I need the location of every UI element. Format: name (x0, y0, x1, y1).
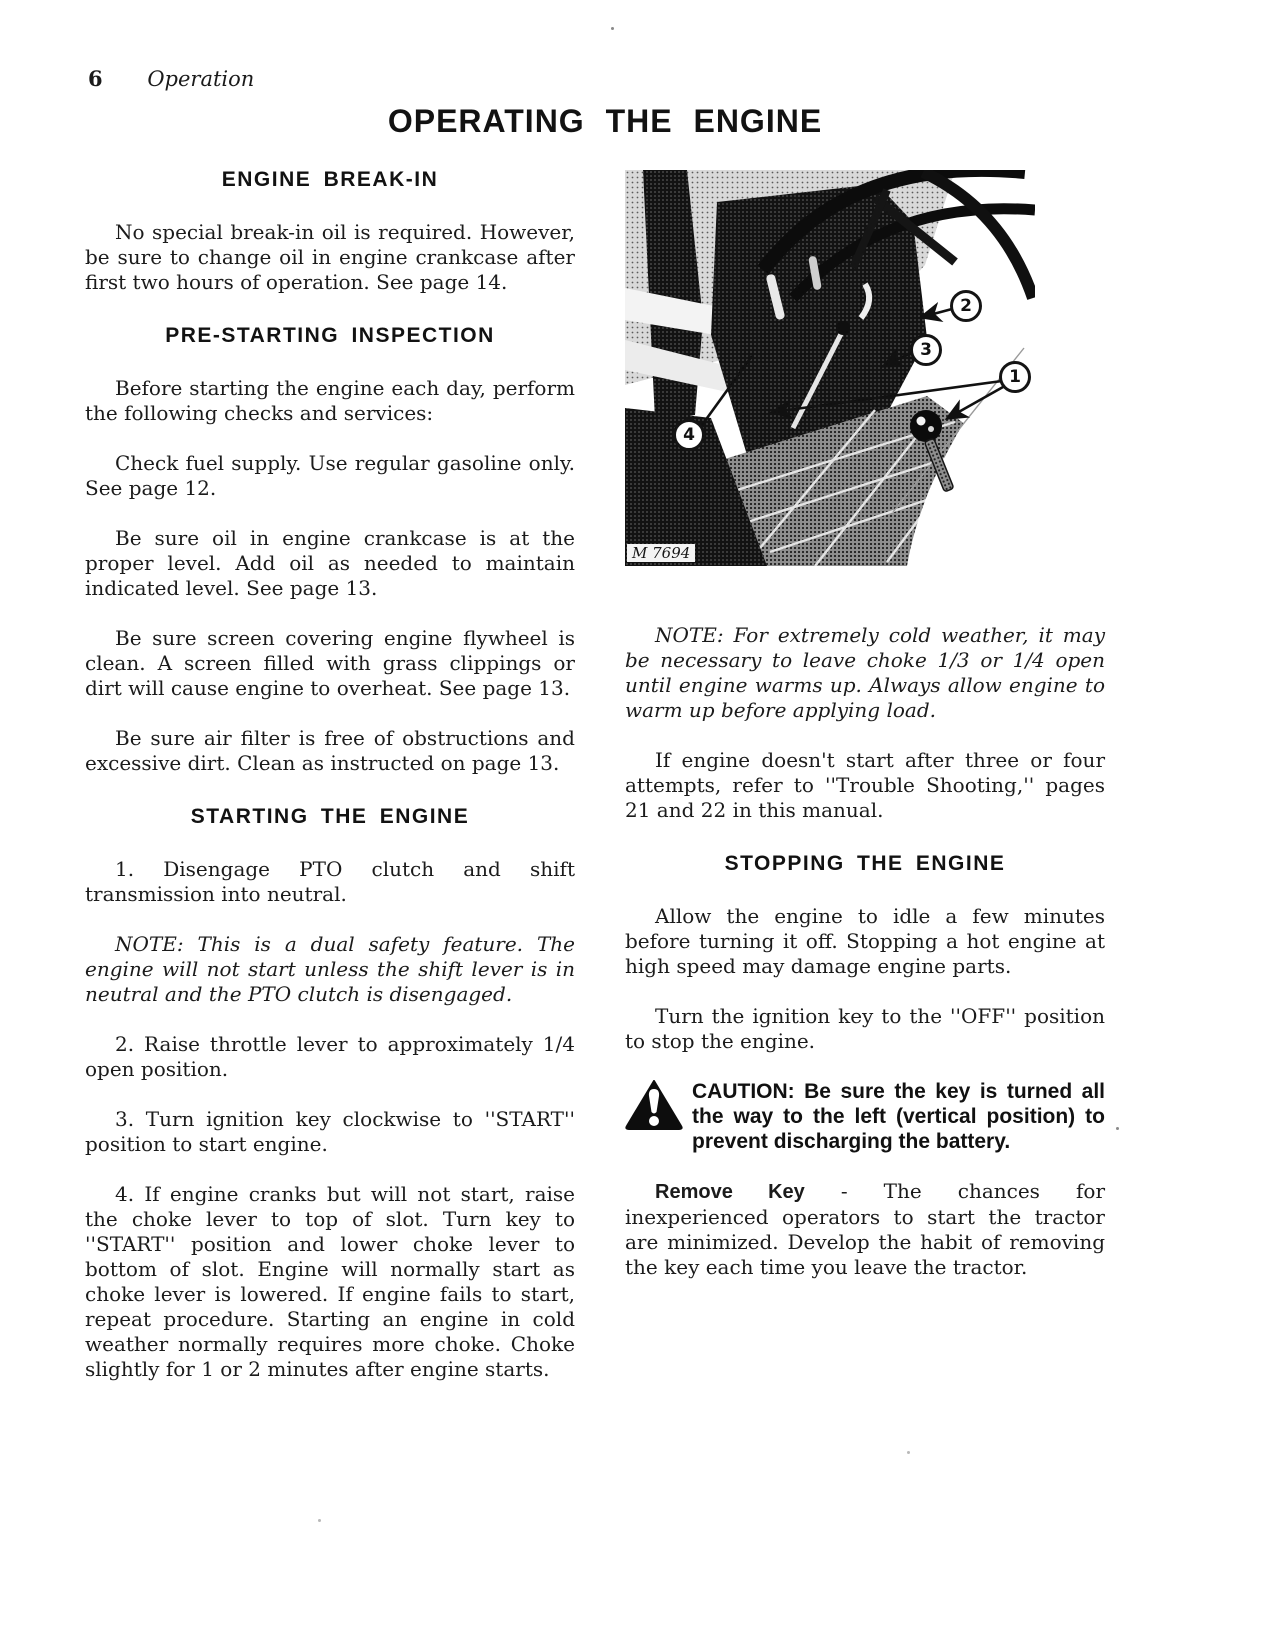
paragraph: Turn the ignition key to the ''OFF'' pos… (625, 1004, 1105, 1054)
numbered-step: 2. Raise throttle lever to approximately… (85, 1032, 575, 1082)
paragraph: If engine doesn't start after three or f… (625, 748, 1105, 823)
callout-4-number: 4 (683, 425, 695, 445)
scan-speck (907, 1451, 910, 1454)
tractor-controls-photo (625, 170, 1035, 566)
paragraph: No special break-in oil is required. How… (85, 220, 575, 295)
warning-triangle-icon (625, 1080, 683, 1130)
right-column: 1 2 3 4 M 7694 NOTE: For extremely cold … (625, 170, 1105, 1305)
left-column: ENGINE BREAK-IN No special break-in oil … (85, 167, 575, 1407)
callout-2-number: 2 (960, 296, 972, 316)
page-number: 6 (88, 66, 103, 91)
callout-4: 4 (673, 419, 705, 451)
numbered-step: 3. Turn ignition key clockwise to ''STAR… (85, 1107, 575, 1157)
scan-speck (611, 27, 614, 30)
figure-caption: M 7694 (627, 544, 695, 562)
paragraph: Be sure air filter is free of obstructio… (85, 726, 575, 776)
scan-speck (318, 1519, 321, 1522)
callout-3-number: 3 (920, 340, 932, 360)
heading-stopping-the-engine: STOPPING THE ENGINE (625, 851, 1105, 876)
caution-block: CAUTION: Be sure the key is turned all t… (625, 1079, 1105, 1154)
heading-starting-the-engine: STARTING THE ENGINE (85, 804, 575, 829)
scan-speck (1116, 1127, 1119, 1130)
paragraph: Check fuel supply. Use regular gasoline … (85, 451, 575, 501)
numbered-step: 4. If engine cranks but will not start, … (85, 1182, 575, 1382)
callout-1-number: 1 (1009, 367, 1021, 387)
caution-text: CAUTION: Be sure the key is turned all t… (692, 1080, 1105, 1153)
numbered-step: 1. Disengage PTO clutch and shift transm… (85, 857, 575, 907)
note-paragraph: NOTE: For extremely cold weather, it may… (625, 623, 1105, 723)
manual-page: { "page": { "number": "6", "running_head… (0, 0, 1275, 1650)
paragraph: Allow the engine to idle a few minutes b… (625, 904, 1105, 979)
remove-key-lead: Remove Key (655, 1181, 805, 1203)
paragraph: Be sure oil in engine crankcase is at th… (85, 526, 575, 601)
remove-key-paragraph: Remove Key - The chances for inexperienc… (625, 1179, 1105, 1280)
page-title: OPERATING THE ENGINE (85, 104, 1125, 138)
heading-pre-starting-inspection: PRE-STARTING INSPECTION (85, 323, 575, 348)
callout-1: 1 (999, 361, 1031, 393)
running-header-section: Operation (147, 67, 254, 91)
paragraph: Before starting the engine each day, per… (85, 376, 575, 426)
paragraph: Be sure screen covering engine flywheel … (85, 626, 575, 701)
figure-tractor-controls: 1 2 3 4 M 7694 (625, 170, 1035, 566)
note-paragraph: NOTE: This is a dual safety feature. The… (85, 932, 575, 1007)
heading-engine-break-in: ENGINE BREAK-IN (85, 167, 575, 192)
running-header: 6 Operation (88, 66, 254, 92)
callout-2: 2 (950, 290, 982, 322)
callout-3: 3 (910, 334, 942, 366)
